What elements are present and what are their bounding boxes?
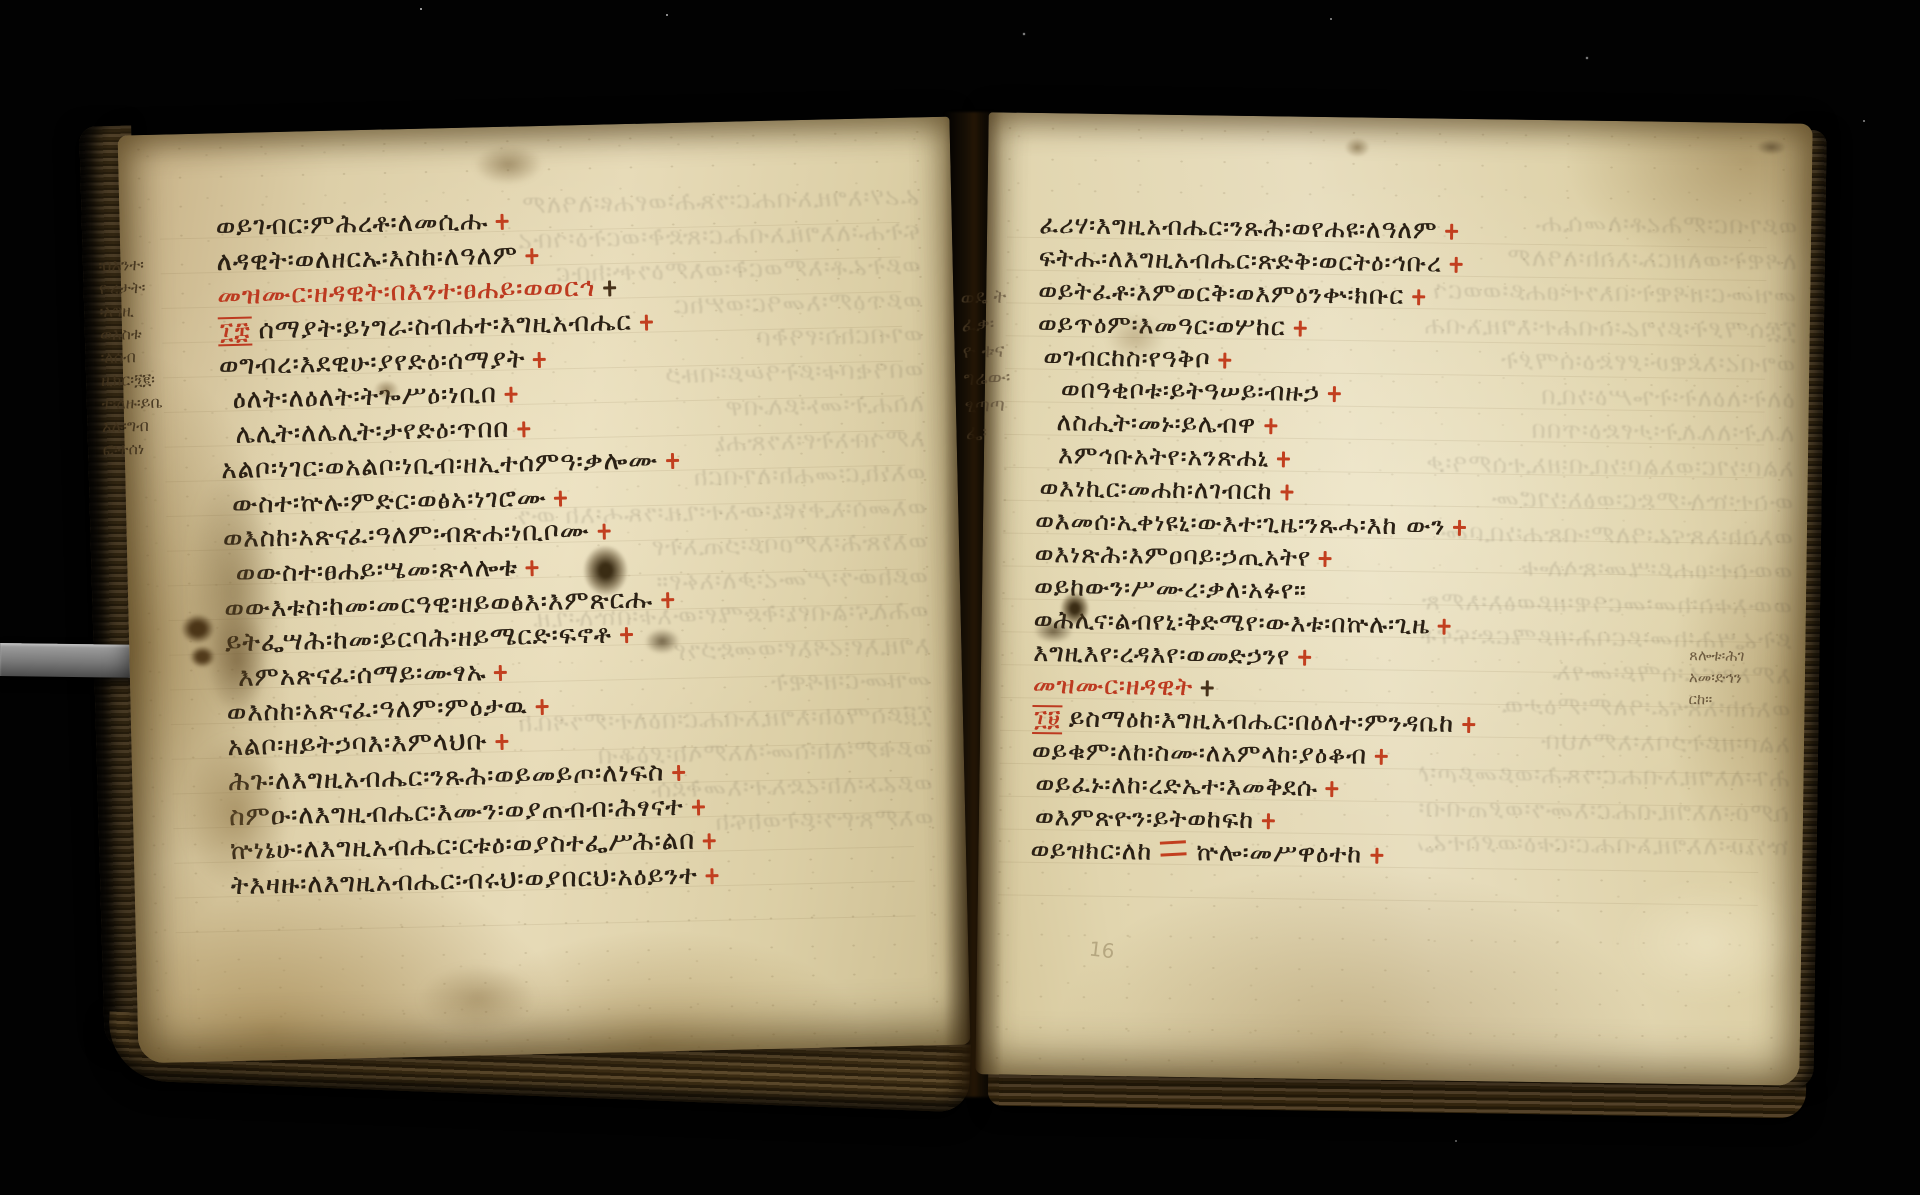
line-text: ፈሪሃ፡እግዚአብሔር፡ንጹሕ፡ወየሐዩ፡ለዓለም (1039, 210, 1437, 245)
verse-end-cross (1370, 848, 1383, 865)
verse-end-cross (1326, 781, 1339, 798)
line-text: እምኅቡአትየ፡አንጽሐኒ (1058, 441, 1270, 473)
line-text: ዕለት፡ለዕለት፡ትጐሥዕ፡ነቢበ (232, 379, 497, 415)
line-text: ወእስከ፡አጽናፈ፡ዓለም፡ብጽሐ፡ነቢቦሙ (222, 516, 589, 554)
verse-end-cross (526, 560, 539, 577)
ghost-line: ውስተ፡ኵሉ፡ምድር፡ወፅአ፡ነገሮሙ (1423, 480, 1793, 520)
line-text: ወይገብር፡ምሕረቶ፡ለመሲሑ (215, 206, 488, 242)
ghost-line: ወውእቱስ፡ከመ፡መርዓዊ፡ዘይወፅእ፡እምጽርሑ (1422, 584, 1792, 624)
text-line: ወይጥዕም፡እመዓር፡ወሦከር (1038, 308, 1481, 347)
line-text: ወእስከ፡አጽናፈ፡ዓለም፡ምዕታዉ (226, 691, 527, 728)
ghost-line: አልቦ፡ዘይትኃባእ፡እምላህቡ (1420, 722, 1790, 762)
verse-end-cross (1298, 649, 1311, 666)
note-line: ፡እግዚ (99, 299, 160, 323)
section-end-mark (1201, 681, 1214, 698)
line-text: ወበዓቂቦቱ፡ይትዓሠይ፡ብዙኃ (1061, 375, 1320, 408)
verse-end-cross (1277, 452, 1290, 469)
line-text: አልቦ፡ዘይትኃባእ፡እምላህቡ (227, 727, 488, 763)
bookmark-ribbon (0, 643, 150, 678)
line-text: እምአጽናፈ፡ሰማይ፡ሙፃኡ (238, 657, 487, 693)
verse-end-cross (1319, 551, 1332, 568)
note-line: ወዴ ት (960, 283, 1008, 312)
verse-end-cross (496, 214, 509, 231)
line-text: ወገብርከስ፡የዓቅቦ (1043, 342, 1211, 373)
verse-end-cross (535, 699, 548, 716)
dust-specks (420, 8, 422, 10)
verse-end-cross (1328, 387, 1341, 404)
light-patch (1616, 881, 1798, 1004)
line-text: እግዚእየ፡ረዳእየ፡ወመድኃንየ (1033, 638, 1290, 671)
verse-end-cross (705, 868, 718, 885)
verse-end-cross (691, 799, 704, 816)
ghost-line: ወግብረ፡እደዊሁ፡ያየድዕ፡ሰማያት (1425, 342, 1795, 382)
note-line: አመ፡ድኅን (1689, 666, 1744, 689)
line-text: ሌሊት፡ለሌሊት፡ታየድዕ፡ጥበበ (235, 414, 509, 450)
line-text: ለስሒት፡መኑ፡ይሌብዋ (1056, 408, 1256, 440)
line-text: መዝሙር፡ዘዳዊት፡በእንተ፡ፀሐይ፡ወወርኅ (217, 273, 595, 312)
note-line: ፂጣጣ (964, 391, 1012, 420)
ghost-line: ፲፰ሰማያት፡ይነግራ፡ስብሐተ፡እግዚአብሔር (1426, 308, 1796, 348)
verse-end-cross (639, 315, 652, 332)
line-text: አልቦ፡ነገር፡ወአልቦ፡ነቢብ፡ዘኢተሰምዓ፡ቃሎሙ (221, 445, 658, 485)
folio-number-pencil: 16 (1088, 937, 1116, 964)
verse-end-cross (495, 734, 508, 751)
ghost-line: ወይገብር፡ምሕረቶ፡ለመሲሑ (1427, 204, 1797, 244)
ghost-line: ስምዑ፡ለእግዚብሔር፡እሙን፡ወያጠብብ፡ሕፃናተ (1419, 791, 1789, 831)
verse-end-cross (1280, 485, 1293, 502)
verse-end-cross (666, 453, 679, 470)
verse-end-cross (1450, 257, 1463, 274)
note-line: ወእስቱ (100, 322, 161, 346)
ghost-line: መዝሙር፡ዘዳዊት፡በእንተ፡ፀሐይ፡ወወርኅ (1426, 273, 1796, 313)
text-line: ወይዝክር፡ለከኵሎ፡መሥዋዕተከ (1030, 834, 1473, 873)
outer-margin-note: ጸሎቱ፡ሕገአመ፡ድኅንርከ። (1688, 644, 1744, 711)
verse-end-cross (1438, 618, 1451, 635)
psalm-number: ፲፰ (218, 317, 253, 347)
red-divider-mark (1159, 840, 1186, 856)
line-text: ትእዛዙ፡ለእግዚአብሔር፡ብሩህ፡ወያበርህ፡አዕይንተ (230, 861, 698, 902)
line-text: ወይቁም፡ለከ፡ስሙ፡ለአምላከ፡ያዕቆብ (1032, 736, 1367, 770)
verse-end-cross (661, 592, 674, 609)
line-text: ይትፌሣሕ፡ከመ፡ይርባሕ፡ዘይሜርድ፡ፍኖቶ (225, 620, 612, 659)
note-line: ግሬው፡ (963, 364, 1011, 393)
line-text: ወእነኪር፡መሐከ፡ለገብርከ (1039, 473, 1272, 505)
line-text: ኵሎ፡መሥዋዕተከ (1196, 837, 1362, 868)
line-text: ወእመሰ፡ኢቀነዩኒ፡ውእተ፡ጊዜ፡ንጹሓ፡እከ ውን (1035, 506, 1446, 541)
note-line: ፡ለሰብ (100, 345, 161, 369)
verse-end-cross (1462, 717, 1475, 734)
line-text: ወይዝክር፡ለከ (1030, 835, 1152, 866)
line-text: ወእነጽሕ፡እምዐባይ፡ኃጢአትየ (1034, 539, 1311, 572)
note-line: ፌ፡ (965, 418, 1013, 447)
dark-spot (1344, 137, 1370, 157)
line-text: ወይጥዕም፡እመዓር፡ወሦከር (1038, 309, 1286, 341)
ghost-line: ትእዛዙ፡ለእግዚአብሔር፡ብሩህ፡ወያበርህ፡አዕይንተ (1418, 860, 1788, 870)
ghost-line: አልቦ፡ነገር፡ወአልቦ፡ነቢብ፡ዘኢተሰምዓ፡ቃሎሙ (1424, 446, 1794, 486)
verse-end-cross (1375, 749, 1388, 766)
text-line: ወሕሊና፡ልብየኒ፡ቅድሜየ፡ውእቱ፡በኵሉ፡ጊዜ (1033, 604, 1476, 643)
line-text: ወይፈኑ፡ለከ፡ረድኤተ፡እመቅደሱ (1035, 769, 1318, 802)
note-line: እሉ፡ግብ (102, 414, 163, 438)
section-end-mark (603, 281, 616, 298)
verse-end-cross (505, 387, 518, 404)
line-text: ወግብረ፡እደዊሁ፡ያየድዕ፡ሰማያት (218, 344, 525, 381)
verse-end-cross (533, 352, 546, 369)
dark-spot (180, 613, 215, 644)
verse-end-cross (517, 421, 530, 438)
note-line: ዚክር፡፺፪፡ (101, 368, 162, 392)
verse-end-cross (672, 765, 685, 782)
note-line: ፈቃ፡ (961, 310, 1009, 339)
line-text: ለዳዊት፡ወለዘርኡ፡እስከ፡ለዓለም (216, 240, 518, 277)
corner-smudge (1756, 139, 1786, 155)
line-text: ሰማያት፡ይነግራ፡ስብሐተ፡እግዚአብሔር (258, 307, 632, 345)
verse-end-cross (1445, 224, 1458, 241)
gutter-gloss-note: ወዴ ትፈቃ፡ዮ ቱናግሬው፡ፂጣጣፌ፡ (960, 283, 1013, 447)
left-page: ፈሪሃ፡እግዚአብሔር፡ንጹሕ፡ወየሐዩ፡ለዓለምፍትሑ፡ለእግዚአብሔር፡ጽድ… (118, 117, 971, 1064)
verse-end-cross (1453, 520, 1466, 537)
left-page-text: ወይገብር፡ምሕረቶ፡ለመሲሑለዳዊት፡ወለዘርኡ፡እስከ፡ለዓለምመዝሙር፡ዘ… (215, 199, 719, 904)
line-text: መዝሙር፡ዘዳዊት (1033, 670, 1194, 701)
verse-end-cross (526, 248, 539, 265)
right-page: ወይገብር፡ምሕረቶ፡ለመሲሑለዳዊት፡ወለዘርኡ፡እስከ፡ለዓለምመዝሙር፡ዘ… (975, 112, 1812, 1085)
left-margin-note: ፡በእንተ፡ዮረታት፡፡እግዚወእስቱ፡ለሰብዚክር፡፺፪፡ተ፡ለዙ፡ይቤእሉ፡… (98, 253, 164, 461)
line-text: ወውስተ፡ፀሐይ፡ሤመ፡ጽላሎቱ (235, 552, 518, 588)
ghost-line: ሕጉ፡ለእግዚአብሔር፡ንጹሕ፡ወይመይጦ፡ለነፍስ (1419, 756, 1789, 796)
verse-end-cross (1264, 419, 1277, 436)
ghost-line: ሌሊት፡ለሌሊት፡ታየድዕ፡ጥበበ (1424, 411, 1794, 451)
note-line: ዮ ቱና (962, 337, 1010, 366)
note-line: ዮረታት፡ (99, 276, 160, 300)
line-text: ውስተ፡ኵሉ፡ምድር፡ወፅአ፡ነገሮሙ (232, 482, 547, 519)
line-text: ወይከውን፡ሥሙረ፡ቃለ፡አፉየ። (1034, 572, 1307, 605)
line-text: ፍትሑ፡ለእግዚአብሔር፡ጽድቅ፡ወርትዕ፡ኅቡረ (1039, 243, 1443, 278)
verse-end-cross (1262, 813, 1275, 830)
verse-end-cross (494, 665, 507, 682)
psalm-number: ፲፱ (1032, 705, 1063, 734)
verse-end-cross (619, 627, 632, 644)
note-line: ርከ። (1688, 688, 1743, 711)
line-text: ይስማዕከ፡እግዚአብሔር፡በዕለተ፡ምንዳቤከ (1069, 704, 1454, 738)
age-stain (473, 144, 544, 186)
dark-spot (189, 645, 215, 668)
verse-end-cross (1218, 352, 1231, 369)
verse-end-cross (597, 524, 610, 541)
right-page-text: ፈሪሃ፡እግዚአብሔር፡ንጹሕ፡ወየሐዩ፡ለዓለምፍትሑ፡ለእግዚአብሔር፡ጽድ… (1030, 209, 1482, 873)
ghost-line: ወእስከ፡አጽናፈ፡ዓለም፡ብጽሐ፡ነቢቦሙ (1423, 515, 1793, 555)
verse-end-cross (1293, 320, 1306, 337)
verse-end-cross (1412, 289, 1425, 306)
photo-background: ፈሪሃ፡እግዚአብሔር፡ንጹሕ፡ወየሐዩ፡ለዓለምፍትሑ፡ለእግዚአብሔር፡ጽድ… (0, 0, 1920, 1195)
note-line: ጸሎቱ፡ሕገ (1689, 644, 1744, 667)
ghost-line: ዕለት፡ለዕለት፡ትጐሥዕ፡ነቢበ (1425, 377, 1795, 417)
ghost-line: ወውስተ፡ፀሐይ፡ሤመ፡ጽላሎቱ (1422, 549, 1792, 589)
line-text: ወእምጽዮን፡ይትወከፍከ (1035, 802, 1254, 834)
note-line: ፡በእንተ፡ (98, 253, 159, 277)
verse-end-cross (554, 490, 567, 507)
note-line: ተ፡ለዙ፡ይቤ (101, 391, 162, 415)
ghost-line: ለዳዊት፡ወለዘርኡ፡እስከ፡ለዓለም (1427, 239, 1797, 279)
line-text: ወሕሊና፡ልብየኒ፡ቅድሜየ፡ውእቱ፡በኵሉ፡ጊዜ (1033, 605, 1430, 640)
line-text: ወይትፈቶ፡እምወርቅ፡ወእምዕንቍ፡ክቡር (1038, 276, 1404, 310)
note-line: ፎ፡ተሰነ (102, 437, 163, 461)
verse-end-cross (703, 834, 716, 851)
water-stain (416, 962, 538, 1035)
ghost-line: ኵነኔሁ፡ለእግዚአብሔር፡ርቱዕ፡ወያስተፌሥሕ፡ልበ (1418, 825, 1788, 865)
